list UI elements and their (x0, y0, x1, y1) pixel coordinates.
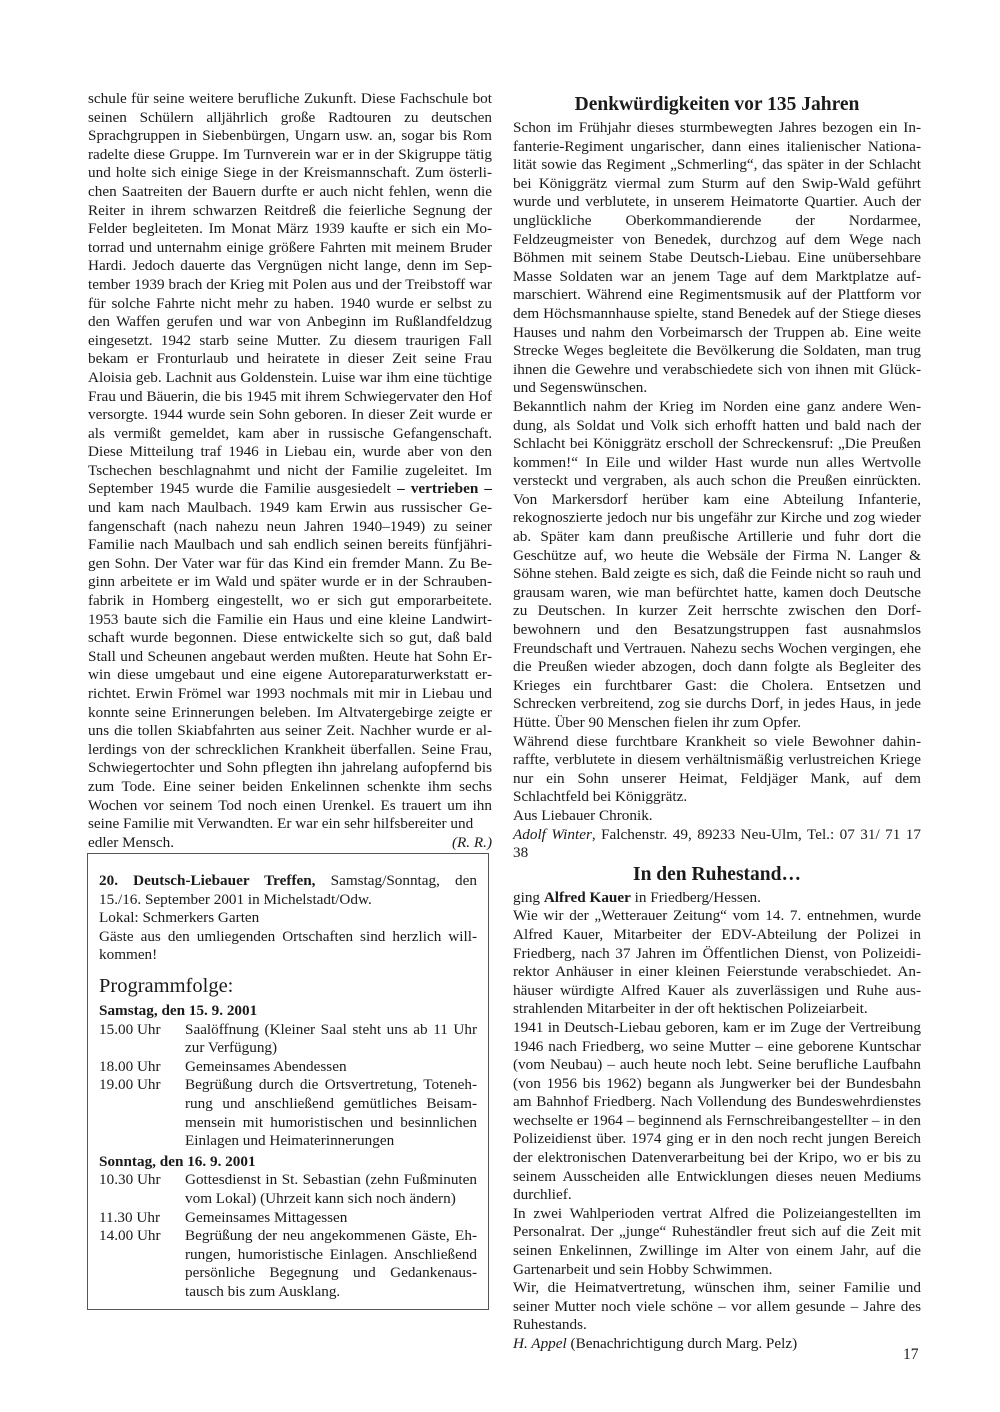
program-item: 11.30 Uhr Gemeinsames Mittagessen (99, 1209, 477, 1228)
author-name: H. Appel (513, 1335, 567, 1352)
article-intro: ging Alfred Kauer in Friedberg/Hessen. (513, 889, 921, 908)
obituary-paragraph: schule für seine weitere berufliche Zuku… (88, 90, 492, 497)
page-number: 17 (903, 1346, 919, 1364)
program-desc: Saalöffnung (Kleiner Saal steht uns ab 1… (185, 1021, 477, 1058)
obituary-paragraph-cont: und kam nach Maulbach. 1949 kam Erwin au… (88, 499, 492, 832)
article-paragraph: Bekanntlich nahm der Krieg im Norden ein… (513, 398, 921, 733)
day-label-sunday: Sonntag, den 16. 9. 2001 (99, 1153, 477, 1172)
program-time: 14.00 Uhr (99, 1227, 185, 1301)
article-author: H. Appel (Benachrichtigung durch Marg. P… (513, 1335, 921, 1354)
article-author: Adolf Winter, Falchenstr. 49, 89233 Neu-… (513, 826, 921, 863)
intro-prefix: ging (513, 889, 544, 906)
program-time: 19.00 Uhr (99, 1076, 185, 1150)
event-announcement-box: 20. Deutsch-Liebauer Treffen, Samstag/So… (87, 853, 489, 1310)
right-column: Denkwürdigkeiten vor 135 Jahren Schon im… (513, 93, 921, 1354)
closing-line: edler Mensch. (88, 834, 174, 853)
article-paragraph: Während diese furchtbare Krankheit so vi… (513, 733, 921, 807)
article-heading-denkwuerdigkeiten: Denkwürdigkeiten vor 135 Jahren (513, 93, 921, 117)
program-time: 15.00 Uhr (99, 1021, 185, 1058)
day-label-saturday: Samstag, den 15. 9. 2001 (99, 1002, 477, 1021)
left-column: schule für seine weitere berufliche Zuku… (88, 90, 492, 852)
article-paragraph: Wir, die Heimatvertretung, wünschen ihm,… (513, 1279, 921, 1335)
event-venue: Lokal: Schmerkers Garten (99, 909, 477, 928)
event-title-bold: 20. Deutsch-Liebauer Treffen, (99, 872, 315, 889)
program-item: 15.00 Uhr Saalöffnung (Kleiner Saal steh… (99, 1021, 477, 1058)
article-paragraph: Wie wir der „Wetterauer Zeitung“ vom 14.… (513, 907, 921, 1019)
program-desc: Gottesdienst in St. Sebastian (zehn Fußm… (185, 1171, 477, 1208)
program-item: 14.00 Uhr Begrüßung der neu angekommenen… (99, 1227, 477, 1301)
article-heading-ruhestand: In den Ruhestand… (513, 863, 921, 887)
article-source: Aus Liebauer Chronik. (513, 807, 921, 826)
program-desc: Gemeinsames Mittagessen (185, 1209, 477, 1228)
program-item: 19.00 Uhr Begrüßung durch die Ortsvertre… (99, 1076, 477, 1150)
program-desc: Gemeinsames Abendessen (185, 1058, 477, 1077)
program-item: 10.30 Uhr Gottesdienst in St. Sebastian … (99, 1171, 477, 1208)
program-item: 18.00 Uhr Gemeinsames Abendessen (99, 1058, 477, 1077)
author-name: Adolf Winter (513, 826, 592, 843)
article-paragraph: 1941 in Deutsch-Liebau geboren, kam er i… (513, 1019, 921, 1205)
program-title: Programmfolge: (99, 974, 477, 998)
article-paragraph: Schon im Frühjahr dieses sturmbewegten J… (513, 119, 921, 398)
program-time: 18.00 Uhr (99, 1058, 185, 1077)
author-initials: (R. R.) (452, 834, 492, 853)
obituary-text: schule für seine weitere berufliche Zuku… (88, 90, 492, 834)
program-time: 10.30 Uhr (99, 1171, 185, 1208)
event-welcome: Gäste aus den umliegenden Ortschaften si… (99, 928, 477, 965)
program-desc: Begrüßung durch die Ortsvertretung, Tote… (185, 1076, 477, 1150)
program-time: 11.30 Uhr (99, 1209, 185, 1228)
author-note: (Benachrichtigung durch Marg. Pelz) (567, 1335, 797, 1352)
emphasis-vertrieben: – vertrieben – (397, 480, 492, 497)
program-desc: Begrüßung der neu angekommenen Gäste, Eh… (185, 1227, 477, 1301)
person-name: Alfred Kauer (544, 889, 631, 906)
intro-suffix: in Friedberg/Hessen. (631, 889, 761, 906)
article-paragraph: In zwei Wahlperioden vertrat Alfred die … (513, 1205, 921, 1279)
obituary-closing: edler Mensch. (R. R.) (88, 834, 492, 853)
event-title: 20. Deutsch-Liebauer Treffen, Samstag/So… (99, 872, 477, 909)
